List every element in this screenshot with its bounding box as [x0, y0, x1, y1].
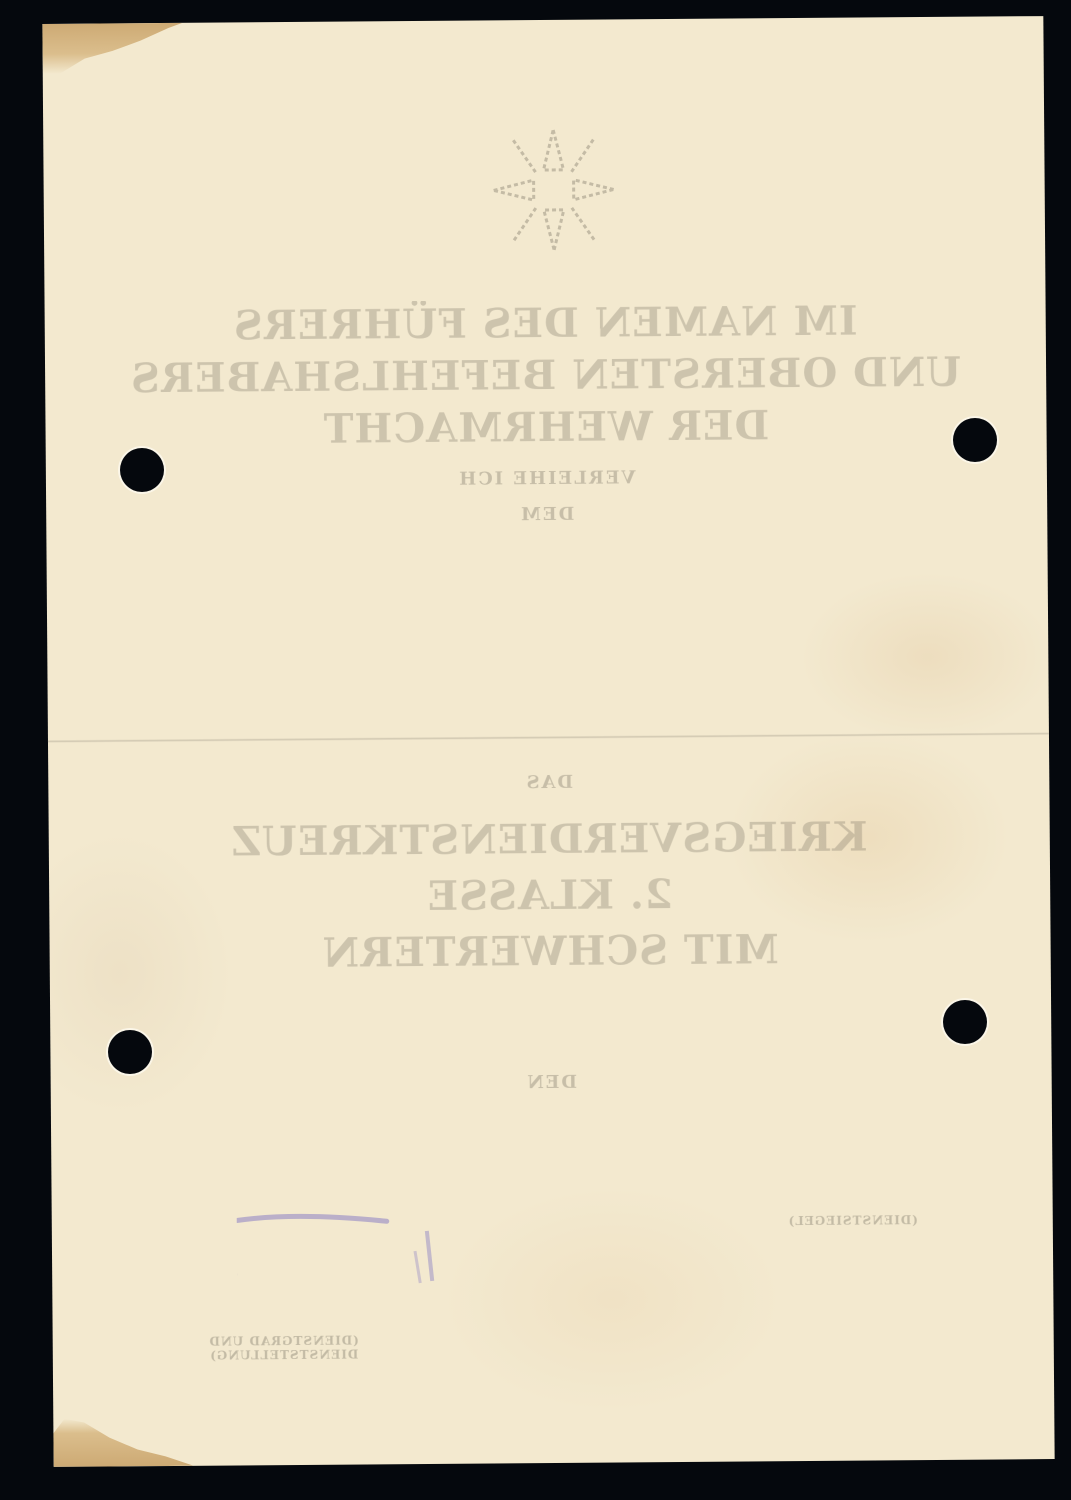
seal-label: (DIENSTSIEGEL): [753, 1213, 953, 1229]
header-line-1: IM NAMEN DES FÜHRERS: [45, 296, 1046, 351]
header-line-3: DER WEHRMACHT: [45, 400, 1046, 455]
award-line-1: KRIEGSVERDIENSTKREUZ: [49, 812, 1050, 867]
paper-fold-line: [48, 732, 1049, 743]
award-article: DAS: [48, 768, 1049, 797]
article-line: DEM: [46, 500, 1047, 529]
punch-hole-top-right: [953, 418, 997, 462]
verb-line: VERLEIHE ICH: [46, 464, 1047, 493]
signature-ink-bleed: [237, 1211, 438, 1293]
date-line: DEN: [51, 1068, 1052, 1097]
header-line-2: UND OBERSTEN BEFEHLSHABERS: [45, 348, 1046, 403]
punch-hole-bottom-left: [108, 1030, 152, 1074]
punch-hole-top-left: [120, 448, 164, 492]
corner-stain-top-left: [42, 23, 182, 74]
punch-hole-bottom-right: [943, 1000, 987, 1044]
award-line-3: MIT SCHWERTERN: [49, 924, 1050, 979]
award-line-2: 2. KLASSE: [49, 868, 1050, 923]
certificate-paper: IM NAMEN DES FÜHRERS UND OBERSTEN BEFEHL…: [42, 16, 1054, 1467]
rank-label: (DIENSTGRAD UND DIENSTSTELLUNG): [134, 1333, 434, 1363]
eagle-cross-emblem-icon: [473, 109, 634, 270]
corner-stain-bottom-left: [53, 1418, 193, 1467]
